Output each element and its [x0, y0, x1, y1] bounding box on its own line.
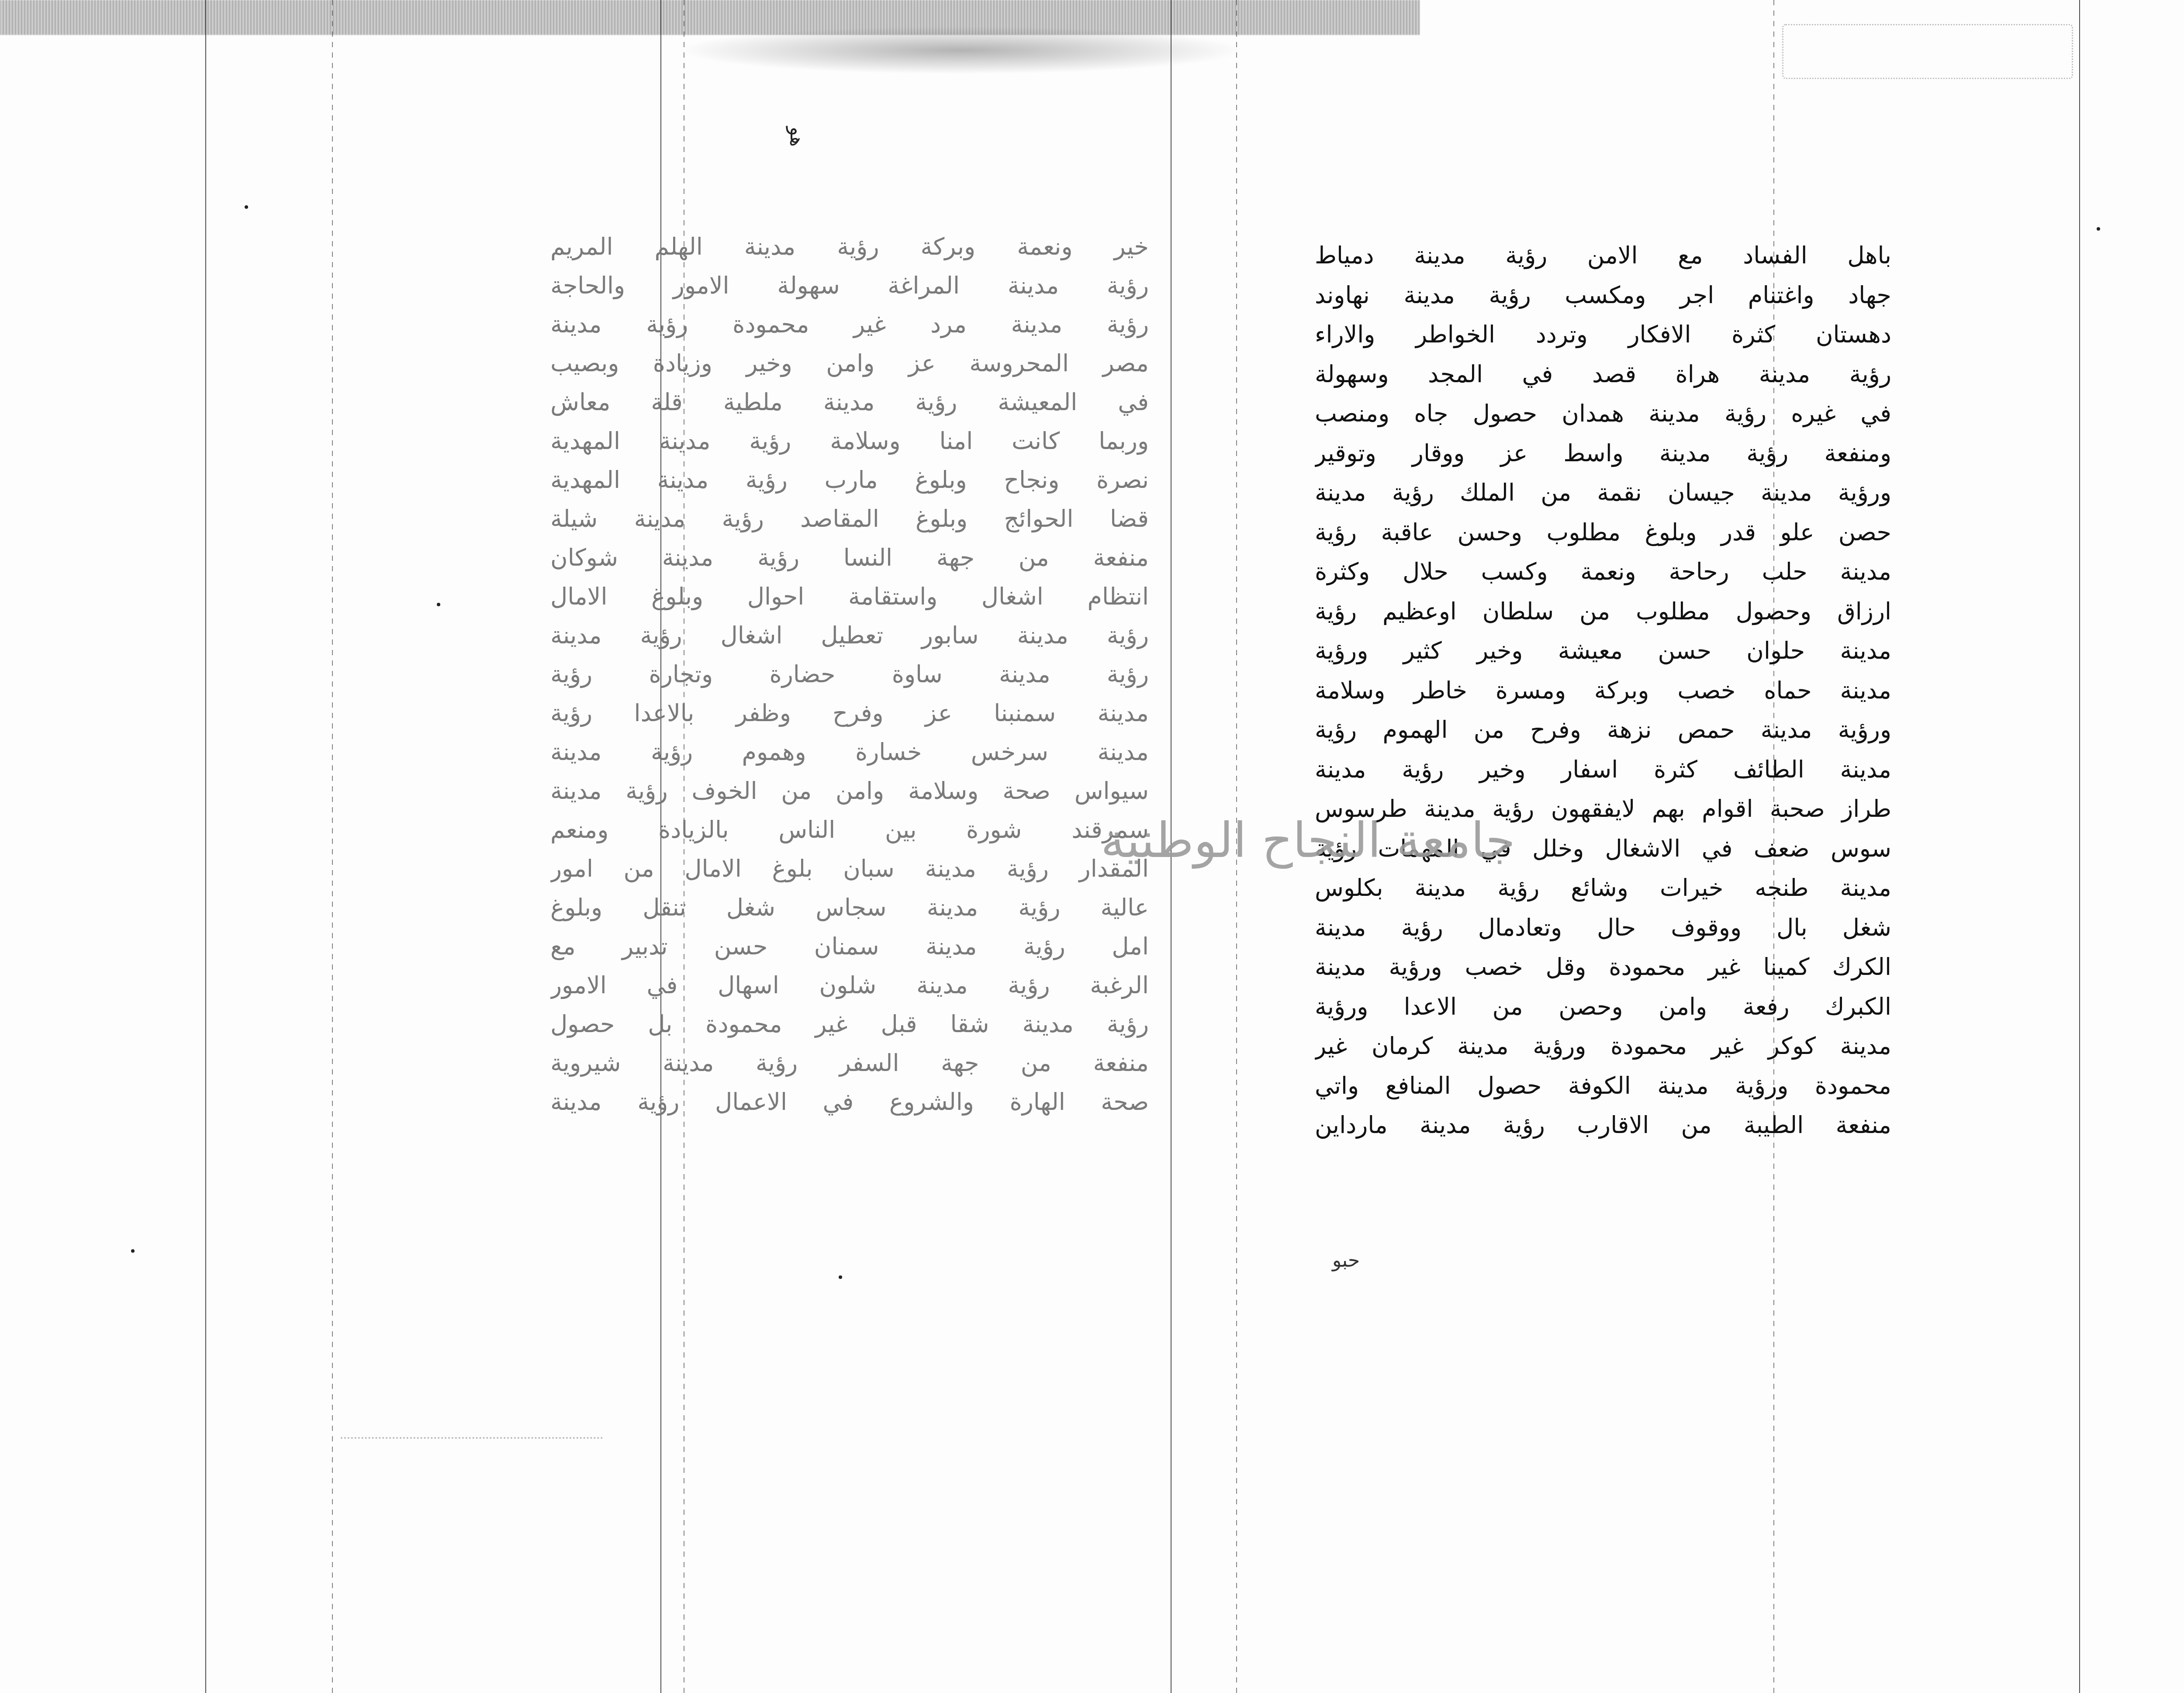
text-line: حصن علو قدر وبلوغ مطلوب وحسن عاقبة رؤية	[1315, 513, 1891, 553]
text-line: قضا الحوائج وبلوغ المقاصد رؤية مدينة شيل…	[550, 499, 1149, 538]
text-line: ورؤية مدينة حمص نزهة وفرح من الهموم رؤية	[1315, 710, 1891, 750]
page-rule-line	[332, 0, 333, 1693]
text-line: رؤية مدينة هراة قصد في المجد وسهولة	[1315, 355, 1891, 394]
head-ornament: هو	[782, 127, 808, 214]
margin-scribble	[341, 1424, 603, 1439]
text-line: الرغبة رؤية مدينة شلون اسهال في الامور	[550, 966, 1149, 1005]
text-line: جهاد واغتنام اجر ومكسب رؤية مدينة نهاوند	[1315, 276, 1891, 315]
text-line: مدينة كوكر غير محمودة ورؤية مدينة كرمان …	[1315, 1026, 1891, 1066]
text-line: صحة الهارة والشروع في الاعمال رؤية مدينة	[550, 1082, 1149, 1121]
text-line: مدينة حلوان حسن معيشة وخير كثير ورؤية	[1315, 631, 1891, 671]
text-line: دهستان كثرة الافكار وتردد الخواطر والارا…	[1315, 315, 1891, 355]
ink-speck	[437, 603, 440, 606]
text-line: الكبرك رفعة وامن وحصن من الاعدا ورؤية	[1315, 987, 1891, 1027]
text-line: مدينة سرخس خسارة وهموم رؤية مدينة	[550, 732, 1149, 771]
text-line: وربما كانت امنا وسلامة رؤية مدينة المهدي…	[550, 422, 1149, 460]
text-line: في غيره رؤية مدينة همدان حصول جاه ومنصب	[1315, 394, 1891, 434]
page-fold-line	[205, 0, 206, 1693]
text-line: ورؤية مدينة جيسان نقمة من الملك رؤية مدي…	[1315, 473, 1891, 513]
text-line: محمودة ورؤية مدينة الكوفة حصول المنافع و…	[1315, 1066, 1891, 1106]
text-line: منفعة من جهة النسا رؤية مدينة شوكان	[550, 538, 1149, 577]
text-line: مدينة الطائف كثرة اسفار وخير رؤية مدينة	[1315, 750, 1891, 790]
text-line: مدينة سمنبنا عز وفرح وظفر بالاعدا رؤية	[550, 694, 1149, 732]
text-line: سمرقند شورة بين الناس بالزيادة ومنعم	[550, 810, 1149, 849]
text-line: سيواس صحة وسلامة وامن من الخوف رؤية مدين…	[550, 771, 1149, 810]
text-line: باهل الفساد مع الامن رؤية مدينة دمياط	[1315, 236, 1891, 276]
text-line: نصرة ونجاح وبلوغ مارب رؤية مدينة المهدية	[550, 460, 1149, 499]
watermark: جامعة النجاح الوطنية	[1101, 812, 1515, 868]
catchword: حبو	[1332, 1249, 1360, 1271]
text-line: خير ونعمة وبركة رؤية مدينة الهلم المريم	[550, 227, 1149, 266]
text-line: ارزاق وحصول مطلوب من سلطان اوعظيم رؤية	[1315, 592, 1891, 632]
ink-speck	[839, 1275, 842, 1279]
text-line: في المعيشة رؤية مدينة ملطية قلة معاش	[550, 383, 1149, 422]
text-line: مصر المحروسة عز وامن وخير وزيادة وبصيب	[550, 344, 1149, 383]
ink-speck	[2097, 227, 2100, 231]
scan-top-shadow	[677, 26, 1245, 74]
text-line: الكرك كمينا غير محمودة وقل خصب ورؤية مدي…	[1315, 947, 1891, 987]
right-page-edge-line	[2079, 0, 2080, 1693]
text-line: المقدار رؤية مدينة سبان بلوغ الامال من ا…	[550, 849, 1149, 888]
text-line: رؤية مدينة سابور تعطيل اشغال رؤية مدينة	[550, 616, 1149, 655]
text-line: منفعة الطيبة من الاقارب رؤية مدينة ماردا…	[1315, 1106, 1891, 1145]
left-page-text: خير ونعمة وبركة رؤية مدينة الهلم المريم …	[550, 227, 1149, 1121]
text-line: رؤية مدينة مرد غير محمودة رؤية مدينة	[550, 305, 1149, 344]
text-line: ومنفعة رؤية مدينة واسط عز ووقار وتوقير	[1315, 434, 1891, 473]
text-line: مدينة طنجه خيرات وشائع رؤية مدينة بكلوس	[1315, 868, 1891, 908]
text-line: مدينة حلب رحاحة ونعمة وكسب حلال وكثرة	[1315, 552, 1891, 592]
text-line: انتظام اشغال واستقامة احوال وبلوغ الامال	[550, 577, 1149, 616]
text-line: رؤية مدينة ساوة حضارة وتجارة رؤية	[550, 655, 1149, 694]
text-line: عالية رؤية مدينة سجاس شغل تنقل وبلوغ	[550, 888, 1149, 927]
text-line: رؤية مدينة المراغة سهولة الامور والحاجة	[550, 266, 1149, 305]
text-line: منفعة من جهة السفر رؤية مدينة شيروية	[550, 1043, 1149, 1082]
ink-speck	[245, 205, 248, 209]
text-line: مدينة حماه خصب وبركة ومسرة خاطر وسلامة	[1315, 671, 1891, 711]
right-page-text: باهل الفساد مع الامن رؤية مدينة دمياط جه…	[1315, 236, 1891, 1145]
text-line: امل رؤية مدينة سمنان حسن تدبير مع	[550, 927, 1149, 966]
text-line: رؤية مدينة شقا قبل غير محمودة بل حصول	[550, 1005, 1149, 1043]
ink-speck	[131, 1249, 135, 1253]
library-stamp	[1782, 24, 2073, 79]
text-line: شغل بال ووقوف حال وتعادمال رؤية مدينة	[1315, 908, 1891, 948]
